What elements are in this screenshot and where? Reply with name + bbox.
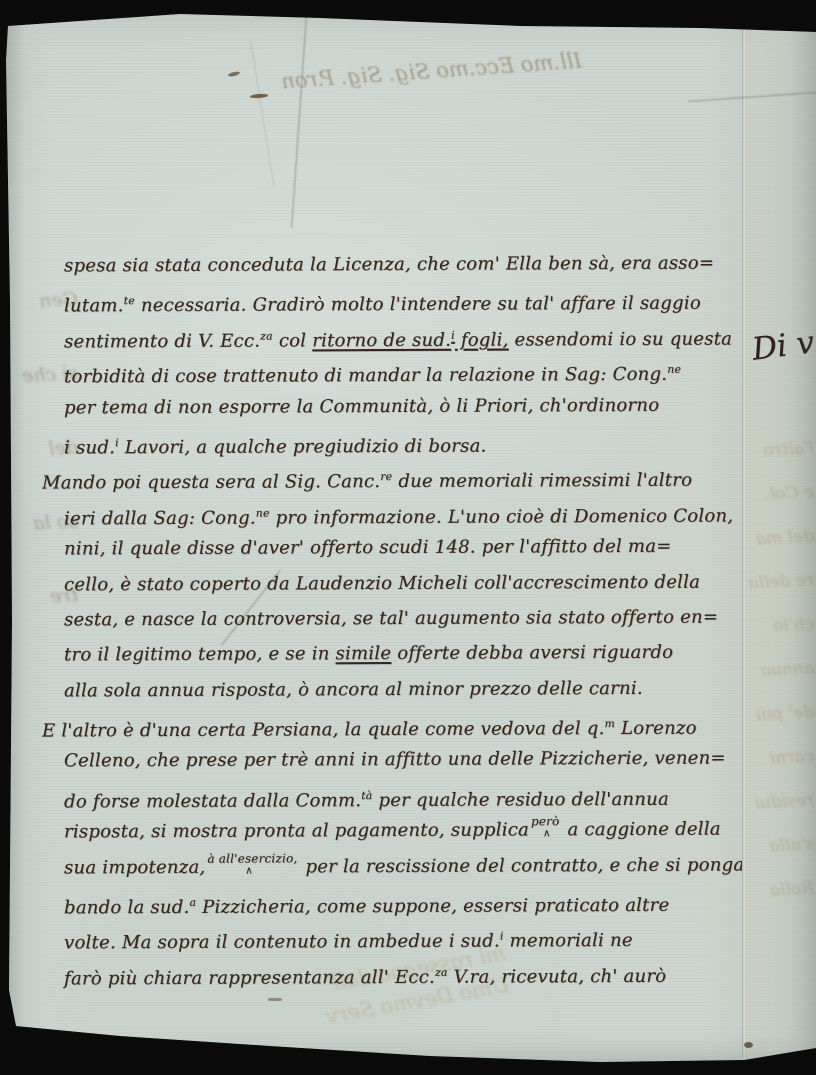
manuscript-text-segment: pro informazione. L'uno cioè di Domenico…: [270, 505, 734, 528]
manuscript-line: Celleno, che prese per trè anni in affit…: [42, 741, 742, 779]
manuscript-text-segment: offerte debba aversi riguardo: [391, 642, 673, 664]
manuscript-line: per tema di non esporre la Communità, ò …: [42, 387, 742, 425]
manuscript-text-segment: ne: [256, 506, 270, 519]
manuscript-text-segment: essendomi io su questa: [509, 328, 733, 350]
address-showthrough-inscription: Ill.mo Ecc.mo Sig. Sig. P.ron: [252, 49, 583, 96]
manuscript-line: sesta, e nasce la controversia, se tal' …: [42, 599, 742, 637]
manuscript-text-segment: sua impotenza,: [64, 856, 205, 878]
manuscript-text-segment: Pizzicheria, come suppone, essersi prati…: [196, 895, 669, 918]
paper-crease: [291, 16, 307, 228]
manuscript-text-segment: Celleno, che prese per trè anni in affit…: [64, 748, 726, 772]
manuscript-text-segment: sesta, e nasce la controversia, se tal' …: [64, 606, 718, 630]
manuscript-text-segment: ne: [667, 363, 681, 376]
manuscript-text-segment: risposta, si mostra pronta al pagamento,…: [64, 820, 529, 843]
manuscript-text-segment: bando la sud.: [64, 897, 190, 919]
manuscript-text-segment: memoriali ne: [504, 930, 633, 952]
manuscript-text-segment: Lavori, a qualche pregiudizio di borsa.: [119, 436, 487, 459]
manuscript-text-segment: col: [273, 330, 312, 351]
manuscript-text-segment: Lorenzo: [615, 718, 697, 739]
ink-showthrough-mark: annua: [748, 658, 815, 681]
manuscript-text-segment: cello, è stato coperto da Laudenzio Mich…: [64, 571, 700, 595]
manuscript-line: lutam.te necessaria. Gradirò molto l'int…: [42, 281, 742, 319]
manuscript-text-segment: E l'altro è d'una certa Persiana, la qua…: [42, 718, 605, 741]
ink-showthrough-mark: carni: [748, 746, 815, 769]
manuscript-text-segment: ritorno de sud.: [312, 330, 451, 352]
paper-crease: [250, 41, 275, 189]
ink-showthrough-mark: re della: [748, 570, 815, 593]
manuscript-line: sua impotenza,à all'esercizio, per la re…: [42, 847, 742, 885]
manuscript-text-segment: à all'esercizio,: [207, 841, 297, 877]
manuscript-text-segment: m: [604, 717, 615, 730]
manuscript-text-segment: necessaria. Gradirò molto l'intendere su…: [135, 293, 701, 316]
manuscript-text-segment: lutam.: [64, 296, 124, 317]
ink-stain: [744, 1042, 753, 1048]
manuscript-text-segment: fogli,: [455, 329, 509, 350]
manuscript-text-segment: a caggione della: [561, 819, 720, 841]
manuscript-line: spesa sia stata conceduta la Licenza, ch…: [42, 247, 742, 284]
vertical-fold-crease: [742, 24, 746, 1058]
manuscript-text-segment: simile: [335, 643, 391, 664]
manuscript-text-segment: ieri dalla Sag: Cong.: [64, 507, 256, 529]
letter-page: Ill.mo Ecc.mo Sig. Sig. P.ron Gensì ched…: [0, 0, 816, 1075]
manuscript-line: risposta, si mostra pronta al pagamento,…: [42, 812, 742, 850]
manuscript-text-segment: tro il legitimo tempo, e se in: [64, 644, 336, 666]
ink-showthrough-mark: s'alla: [748, 834, 815, 857]
manuscript-text-segment: i sud.: [64, 437, 115, 458]
manuscript-text-segment: tà: [361, 789, 372, 802]
ink-showthrough-mark: ch'io: [748, 614, 815, 637]
margin-note-next-panel: Di v: [750, 324, 816, 367]
manuscript-line: farò più chiara rappresentanza all' Ecc.…: [42, 953, 742, 990]
manuscript-text-segment: però: [531, 804, 560, 840]
manuscript-line: Mando poi questa sera al Sig. Canc.re du…: [42, 458, 742, 496]
manuscript-text-segment: torbidità di cose trattenuto di mandar l…: [64, 364, 667, 388]
manuscript-text-segment: alla sola annua risposta, ò ancora al mi…: [64, 678, 643, 702]
ink-showthrough-mark: Rolla: [748, 878, 815, 901]
manuscript-line: volte. Ma sopra il contenuto in ambedue …: [42, 918, 742, 956]
scan-background: Ill.mo Ecc.mo Sig. Sig. P.ron Gensì ched…: [0, 0, 816, 1075]
manuscript-text-segment: per qualche residuo dell'annua: [372, 789, 669, 811]
manuscript-line: sentimento di V. Ecc.za col ritorno de s…: [42, 316, 742, 354]
manuscript-line: i sud.i Lavori, a qualche pregiudizio di…: [42, 422, 742, 460]
manuscript-text-segment: re: [380, 470, 392, 483]
manuscript-text-segment: Mando poi questa sera al Sig. Canc.: [42, 471, 380, 493]
manuscript-line: tro il legitimo tempo, e se in simile of…: [42, 635, 742, 673]
manuscript-text-segment: za: [260, 329, 273, 342]
ink-showthrough-mark: l'altro: [748, 438, 815, 461]
manuscript-line: torbidità di cose trattenuto di mandar l…: [42, 352, 742, 390]
manuscript-text-segment: sentimento di V. Ecc.: [64, 330, 260, 352]
manuscript-line: cello, è stato coperto da Laudenzio Mich…: [42, 564, 742, 602]
ink-showthrough-mark: del ma: [748, 526, 815, 549]
ink-stain: [228, 71, 241, 78]
manuscript-text-segment: spesa sia stata conceduta la Licenza, ch…: [64, 253, 714, 277]
manuscript-line: ieri dalla Sag: Cong.ne pro informazione…: [42, 493, 742, 531]
ink-showthrough-mark: residui: [748, 790, 815, 813]
manuscript-text-segment: per la rescissione del contratto, e che …: [299, 854, 742, 877]
manuscript-line: E l'altro è d'una certa Persiana, la qua…: [42, 706, 742, 744]
manuscript-line: alla sola annua risposta, ò ancora al mi…: [42, 670, 742, 708]
manuscript-text-segment: nini, il quale disse d'aver' offerto scu…: [64, 536, 672, 560]
letter-body: spesa sia stata conceduta la Licenza, ch…: [42, 247, 742, 990]
manuscript-text-segment: V.ra, ricevuta, ch' aurò: [448, 966, 667, 988]
manuscript-text-segment: te: [124, 295, 135, 308]
manuscript-line: bando la sud.a Pizzicheria, come suppone…: [42, 883, 742, 921]
bleedthrough-right-strip: l'altroe Col.del mare dellach'ioannuade'…: [748, 440, 814, 900]
manuscript-text-segment: do forse molestata dalla Comm.: [64, 790, 361, 812]
manuscript-text-segment: volte. Ma sopra il contenuto in ambedue …: [64, 931, 500, 954]
ink-showthrough-mark: e Col.: [748, 482, 815, 505]
manuscript-line: nini, il quale disse d'aver' offerto scu…: [42, 529, 742, 567]
manuscript-text-segment: per tema di non esporre la Communità, ò …: [64, 394, 659, 418]
manuscript-text-segment: farò più chiara rappresentanza all' Ecc.: [64, 967, 435, 990]
manuscript-text-segment: due memoriali rimessimi l'altro: [392, 470, 692, 492]
manuscript-text-segment: za: [435, 966, 448, 979]
manuscript-line: do forse molestata dalla Comm.tà per qua…: [42, 776, 742, 814]
ink-showthrough-mark: de' più: [748, 702, 815, 725]
